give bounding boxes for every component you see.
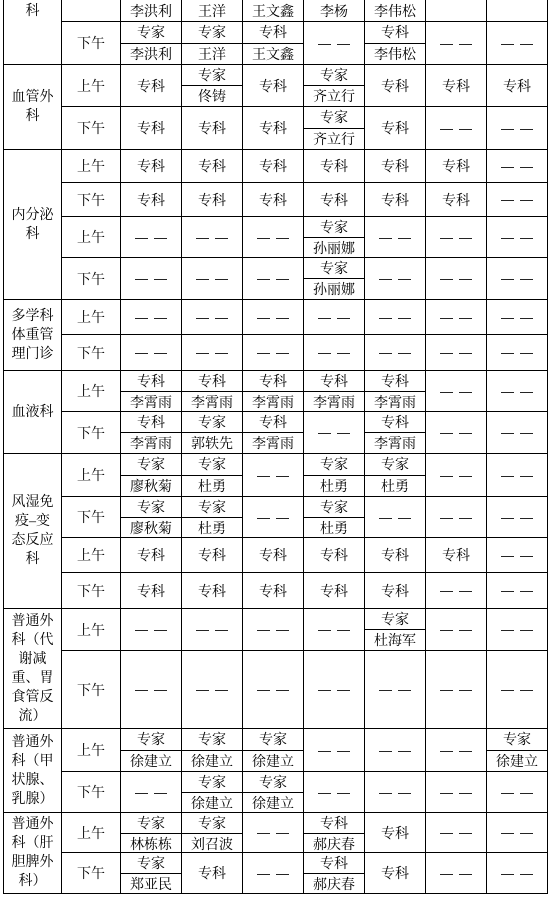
no-clinic-dash: —— [257, 310, 295, 325]
doctor-type-label: 专家 [304, 217, 364, 238]
schedule-cell: —— [426, 335, 487, 371]
no-clinic-dash: —— [501, 121, 539, 136]
schedule-cell: —— [426, 258, 487, 300]
schedule-cell: —— [487, 853, 548, 894]
schedule-row: 下午专科专科专科专科专科专科—— [62, 183, 548, 217]
time-slot-cell: 下午 [62, 183, 121, 217]
no-clinic-dash: —— [440, 622, 478, 637]
no-clinic-dash: —— [196, 345, 234, 360]
schedule-cell: 专家杜海军 [365, 609, 426, 651]
schedule-cell: 专科 [304, 538, 365, 573]
no-clinic-dash: —— [257, 682, 295, 697]
schedule-cell: 专家郭轶先 [182, 412, 243, 454]
schedule-cell: 专科 [182, 853, 243, 894]
no-clinic-dash: —— [318, 36, 356, 51]
department-rows: 上午专科专家佟铸专科专家齐立行专科专科专科下午专科专科专科专家齐立行专科———— [62, 65, 548, 150]
doctor-type-label: 专家 [121, 454, 181, 476]
doctor-name-label: 李霄雨 [121, 392, 181, 412]
doctor-type-label: 专家 [304, 107, 364, 129]
doctor-name-label: 李霄雨 [365, 392, 425, 412]
schedule-cell: 专科 [365, 853, 426, 894]
department-rows: 上午专家林栋栋专家刘召波——专科郝庆春专科————下午专家郑亚民专科——专科郝庆… [62, 813, 548, 894]
schedule-cell: —— [121, 300, 182, 335]
doctor-type-label: 专家 [365, 454, 425, 476]
schedule-cell: 专科 [365, 107, 426, 150]
doctor-name-label: 李洪利 [121, 44, 181, 65]
doctor-name-label: 李霄雨 [304, 392, 364, 412]
time-slot-cell: 下午 [62, 772, 121, 813]
schedule-cell: —— [426, 454, 487, 497]
schedule-cell: 专科 [365, 65, 426, 107]
schedule-cell: 专科 [365, 183, 426, 217]
no-clinic-dash: —— [440, 271, 478, 286]
department-name-cell: 科 [4, 0, 62, 65]
doctor-name-label: 郝庆春 [304, 874, 364, 894]
doctor-type-label: 专科 [304, 371, 364, 392]
schedule-cell: 专家杜勇 [182, 497, 243, 538]
no-clinic-dash: —— [440, 36, 478, 51]
no-clinic-dash: —— [135, 682, 173, 697]
doctor-name-label: 李霄雨 [243, 433, 303, 453]
schedule-cell: 专科李霄雨 [121, 371, 182, 412]
schedule-cell: 专科 [304, 183, 365, 217]
no-clinic-dash: —— [135, 345, 173, 360]
schedule-cell: 专科 [243, 538, 304, 573]
schedule-cell: —— [365, 217, 426, 258]
schedule-cell: —— [487, 497, 548, 538]
schedule-table: 科李洪利王洋王文鑫李杨李伟松下午专家李洪利专家王洋专科王文鑫——专科李伟松———… [3, 0, 548, 894]
schedule-cell: —— [426, 22, 487, 65]
schedule-cell: —— [487, 258, 548, 300]
schedule-cell: 专科 [426, 183, 487, 217]
no-clinic-dash: —— [196, 230, 234, 245]
no-clinic-dash: —— [440, 825, 478, 840]
schedule-cell: —— [243, 454, 304, 497]
no-clinic-dash: —— [440, 468, 478, 483]
doctor-name-label: 郑亚民 [121, 874, 181, 894]
department-name-cell: 普通外科（代谢减重、胃食管反流） [4, 609, 62, 729]
schedule-cell: —— [182, 335, 243, 371]
schedule-cell: 专科 [365, 150, 426, 183]
schedule-cell: 专科 [121, 183, 182, 217]
schedule-cell: 专科 [182, 183, 243, 217]
schedule-cell: —— [182, 651, 243, 729]
schedule-row: 李洪利王洋王文鑫李杨李伟松 [62, 0, 548, 22]
schedule-cell: 专家杜勇 [365, 454, 426, 497]
schedule-cell: 专家徐建立 [243, 729, 304, 772]
schedule-cell: 专家廖秋菊 [121, 497, 182, 538]
department-section: 普通外科（肝胆脾外科）上午专家林栋栋专家刘召波——专科郝庆春专科————下午专家… [4, 813, 548, 894]
schedule-cell: —— [426, 217, 487, 258]
no-clinic-dash: —— [501, 425, 539, 440]
schedule-cell: 专科李霄雨 [121, 412, 182, 454]
schedule-cell: 专科 [182, 107, 243, 150]
schedule-cell: —— [487, 150, 548, 183]
doctor-name-label: 李霄雨 [121, 433, 181, 453]
doctor-name-label: 李伟松 [365, 44, 425, 65]
schedule-cell: —— [304, 335, 365, 371]
doctor-type-label: 专家 [182, 772, 242, 793]
schedule-row: 下午—————————————— [62, 335, 548, 371]
department-rows: 上午专家徐建立专家徐建立专家徐建立——————专家徐建立下午——专家徐建立专家徐… [62, 729, 548, 813]
time-slot-cell: 下午 [62, 258, 121, 300]
time-slot-cell: 上午 [62, 538, 121, 573]
schedule-cell: —— [365, 772, 426, 813]
no-clinic-dash: —— [440, 345, 478, 360]
doctor-name-label: 杜勇 [365, 476, 425, 497]
schedule-cell: —— [487, 412, 548, 454]
no-clinic-dash: —— [501, 192, 539, 207]
doctor-type-label: 专科 [121, 371, 181, 392]
department-name-cell: 风湿免疫–变态反应科 [4, 454, 62, 609]
schedule-cell: 专科 [182, 573, 243, 609]
schedule-cell: 专家杜勇 [182, 454, 243, 497]
schedule-cell: —— [426, 497, 487, 538]
schedule-cell: —— [426, 371, 487, 412]
no-clinic-dash: —— [196, 310, 234, 325]
time-slot-cell: 上午 [62, 150, 121, 183]
no-clinic-dash: —— [135, 622, 173, 637]
department-name-cell: 多学科体重管理门诊 [4, 300, 62, 371]
schedule-cell: —— [243, 300, 304, 335]
no-clinic-dash: —— [318, 310, 356, 325]
schedule-cell: 专科李霄雨 [182, 371, 243, 412]
doctor-name-label: 徐建立 [182, 793, 242, 813]
schedule-cell: —— [304, 651, 365, 729]
schedule-row: 下午专科李霄雨专家郭轶先专科李霄雨——专科李霄雨———— [62, 412, 548, 454]
schedule-cell: —— [426, 300, 487, 335]
schedule-cell: 专家刘召波 [182, 813, 243, 853]
doctor-type-label: 专科 [243, 412, 303, 433]
department-rows: 上午专科李霄雨专科李霄雨专科李霄雨专科李霄雨专科李霄雨————下午专科李霄雨专家… [62, 371, 548, 454]
no-clinic-dash: —— [501, 230, 539, 245]
no-clinic-dash: —— [379, 682, 417, 697]
department-name-cell: 血管外科 [4, 65, 62, 150]
doctor-type-label: 专科 [365, 22, 425, 44]
schedule-cell: —— [487, 183, 548, 217]
schedule-cell: 专科郝庆春 [304, 813, 365, 853]
schedule-row: 上午专科专家佟铸专科专家齐立行专科专科专科 [62, 65, 548, 107]
schedule-cell: —— [243, 853, 304, 894]
doctor-type-label: 专家 [243, 772, 303, 793]
doctor-name-label: 廖秋菊 [121, 476, 181, 497]
schedule-cell: 专家王洋 [182, 22, 243, 65]
no-clinic-dash: —— [501, 682, 539, 697]
schedule-cell: —— [487, 371, 548, 412]
schedule-cell: —— [487, 772, 548, 813]
no-clinic-dash: —— [379, 785, 417, 800]
schedule-cell: 专家李洪利 [121, 22, 182, 65]
time-slot-cell: 上午 [62, 300, 121, 335]
schedule-cell: 专科王文鑫 [243, 22, 304, 65]
schedule-row: 上午专科李霄雨专科李霄雨专科李霄雨专科李霄雨专科李霄雨———— [62, 371, 548, 412]
no-clinic-dash: —— [318, 785, 356, 800]
doctor-type-label: 专科 [243, 371, 303, 392]
no-clinic-dash: —— [440, 230, 478, 245]
schedule-cell: —— [182, 258, 243, 300]
time-slot-cell: 上午 [62, 729, 121, 772]
no-clinic-dash: —— [501, 310, 539, 325]
schedule-cell: 专家徐建立 [121, 729, 182, 772]
schedule-cell: 专家孙丽娜 [304, 217, 365, 258]
no-clinic-dash: —— [440, 510, 478, 525]
schedule-cell: —— [243, 651, 304, 729]
schedule-cell: —— [243, 497, 304, 538]
schedule-cell: 专科 [121, 573, 182, 609]
doctor-type-label: 专家 [182, 412, 242, 433]
schedule-cell: —— [426, 609, 487, 651]
doctor-name-label: 徐建立 [243, 751, 303, 772]
no-clinic-dash: —— [501, 785, 539, 800]
no-clinic-dash: —— [501, 622, 539, 637]
doctor-type-label: 专科 [121, 412, 181, 433]
doctor-type-label: 专家 [304, 258, 364, 279]
no-clinic-dash: —— [501, 510, 539, 525]
schedule-cell: —— [487, 813, 548, 853]
schedule-cell: 专家廖秋菊 [121, 454, 182, 497]
department-rows: 上午————————专家杜海军————下午—————————————— [62, 609, 548, 729]
schedule-row: 下午——专家徐建立专家徐建立———————— [62, 772, 548, 813]
schedule-row: 下午——————专家孙丽娜—————— [62, 258, 548, 300]
schedule-cell: —— [182, 300, 243, 335]
schedule-cell: 专家杜勇 [304, 454, 365, 497]
doctor-name-label: 徐建立 [182, 751, 242, 772]
schedule-cell: 专科 [243, 573, 304, 609]
no-clinic-dash: —— [257, 468, 295, 483]
doctor-type-label: 专家 [121, 813, 181, 834]
doctor-name-label: 李霄雨 [365, 433, 425, 453]
doctor-type-label: 专家 [365, 609, 425, 630]
no-clinic-dash: —— [196, 622, 234, 637]
schedule-cell: 专家徐建立 [182, 729, 243, 772]
doctor-name-label: 王洋 [182, 44, 242, 65]
schedule-cell: 专科 [365, 813, 426, 853]
schedule-cell: —— [121, 772, 182, 813]
schedule-cell: —— [487, 300, 548, 335]
schedule-cell: —— [365, 335, 426, 371]
no-clinic-dash: —— [440, 866, 478, 881]
doctor-name-label: 郭轶先 [182, 433, 242, 453]
department-rows: 上午专家廖秋菊专家杜勇——专家杜勇专家杜勇————下午专家廖秋菊专家杜勇——专家… [62, 454, 548, 609]
doctor-type-label: 专家 [121, 853, 181, 874]
schedule-cell: —— [304, 22, 365, 65]
schedule-cell: 专家孙丽娜 [304, 258, 365, 300]
schedule-row: 下午专科专科专科专科专科———— [62, 573, 548, 609]
schedule-cell: 专家林栋栋 [121, 813, 182, 853]
time-slot-cell: 下午 [62, 22, 121, 65]
schedule-cell: 专科 [487, 65, 548, 107]
no-clinic-dash: —— [501, 159, 539, 174]
doctor-type-label: 专家 [304, 497, 364, 518]
schedule-cell: 李杨 [304, 0, 365, 22]
no-clinic-dash: —— [318, 425, 356, 440]
schedule-cell: 专家徐建立 [487, 729, 548, 772]
time-slot-cell: 下午 [62, 573, 121, 609]
schedule-cell: —— [121, 651, 182, 729]
schedule-cell: —— [304, 729, 365, 772]
schedule-cell: 专科 [426, 538, 487, 573]
doctor-name-label: 齐立行 [304, 86, 364, 106]
schedule-cell: 王洋 [182, 0, 243, 22]
schedule-cell: —— [487, 107, 548, 150]
doctor-type-label: 专家 [182, 729, 242, 751]
schedule-cell: 专科 [243, 65, 304, 107]
schedule-row: 上午—————————————— [62, 300, 548, 335]
schedule-cell: 专科郝庆春 [304, 853, 365, 894]
schedule-row: 上午专科专科专科专科专科专科—— [62, 538, 548, 573]
department-section: 多学科体重管理门诊上午——————————————下午—————————————… [4, 300, 548, 371]
doctor-type-label: 专家 [121, 729, 181, 751]
schedule-cell: —— [365, 729, 426, 772]
schedule-cell: —— [304, 412, 365, 454]
doctor-name-label: 徐建立 [487, 751, 547, 772]
no-clinic-dash: —— [440, 310, 478, 325]
doctor-type-label: 专家 [182, 454, 242, 476]
doctor-name-label: 杜勇 [182, 476, 242, 497]
doctor-type-label: 专家 [487, 729, 547, 751]
schedule-cell: —— [243, 217, 304, 258]
doctor-name-label: 杜勇 [304, 518, 364, 538]
no-clinic-dash: —— [257, 866, 295, 881]
schedule-cell: 专科 [121, 107, 182, 150]
schedule-cell: 专家杜勇 [304, 497, 365, 538]
time-slot-cell: 下午 [62, 335, 121, 371]
no-clinic-dash: —— [440, 384, 478, 399]
doctor-type-label: 专家 [182, 22, 242, 44]
department-section: 普通外科（代谢减重、胃食管反流）上午————————专家杜海军————下午———… [4, 609, 548, 729]
doctor-type-label: 专家 [121, 497, 181, 518]
outpatient-schedule-page: 科李洪利王洋王文鑫李杨李伟松下午专家李洪利专家王洋专科王文鑫——专科李伟松———… [0, 0, 551, 900]
schedule-cell: 李伟松 [365, 0, 426, 22]
schedule-cell: —— [487, 651, 548, 729]
department-rows: 上午——————————————下午—————————————— [62, 300, 548, 371]
no-clinic-dash: —— [135, 230, 173, 245]
doctor-type-label: 专科 [365, 412, 425, 433]
no-clinic-dash: —— [379, 510, 417, 525]
doctor-name-label: 杜海军 [365, 630, 425, 650]
doctor-name-label: 齐立行 [304, 129, 364, 150]
no-clinic-dash: —— [257, 622, 295, 637]
schedule-cell: —— [487, 217, 548, 258]
department-section: 普通外科（甲状腺、乳腺）上午专家徐建立专家徐建立专家徐建立——————专家徐建立… [4, 729, 548, 813]
schedule-cell: —— [365, 300, 426, 335]
doctor-name-label: 廖秋菊 [121, 518, 181, 538]
department-name-cell: 内分泌科 [4, 150, 62, 300]
schedule-cell: —— [487, 538, 548, 573]
schedule-cell: 专科 [121, 150, 182, 183]
no-clinic-dash: —— [501, 548, 539, 563]
schedule-cell: —— [487, 573, 548, 609]
doctor-name-label: 杜勇 [182, 518, 242, 538]
schedule-cell: —— [365, 651, 426, 729]
no-clinic-dash: —— [501, 825, 539, 840]
no-clinic-dash: —— [440, 785, 478, 800]
schedule-cell: —— [243, 258, 304, 300]
no-clinic-dash: —— [501, 345, 539, 360]
schedule-cell: —— [182, 609, 243, 651]
schedule-row: 上午专科专科专科专科专科专科—— [62, 150, 548, 183]
schedule-row: 上午专家廖秋菊专家杜勇——专家杜勇专家杜勇———— [62, 454, 548, 497]
department-name-cell: 血液科 [4, 371, 62, 454]
schedule-row: 下午—————————————— [62, 651, 548, 729]
schedule-cell: —— [365, 258, 426, 300]
department-section: 科李洪利王洋王文鑫李杨李伟松下午专家李洪利专家王洋专科王文鑫——专科李伟松———… [4, 0, 548, 65]
schedule-cell: —— [426, 651, 487, 729]
department-section: 血管外科上午专科专家佟铸专科专家齐立行专科专科专科下午专科专科专科专家齐立行专科… [4, 65, 548, 150]
doctor-type-label: 专家 [121, 22, 181, 44]
doctor-name-label: 郝庆春 [304, 834, 364, 853]
schedule-cell: 专科 [365, 538, 426, 573]
schedule-cell: —— [121, 258, 182, 300]
doctor-type-label: 专家 [304, 454, 364, 476]
no-clinic-dash: —— [501, 384, 539, 399]
schedule-cell: —— [304, 609, 365, 651]
schedule-cell: —— [304, 300, 365, 335]
time-slot-cell: 上午 [62, 371, 121, 412]
doctor-name-label: 刘召波 [182, 834, 242, 853]
schedule-cell: 专家佟铸 [182, 65, 243, 107]
schedule-cell: 专科李霄雨 [304, 371, 365, 412]
schedule-row: 下午专家廖秋菊专家杜勇——专家杜勇—————— [62, 497, 548, 538]
time-slot-cell: 上午 [62, 217, 121, 258]
schedule-cell: 专家徐建立 [182, 772, 243, 813]
schedule-cell: —— [426, 853, 487, 894]
no-clinic-dash: —— [501, 36, 539, 51]
schedule-cell [487, 0, 548, 22]
schedule-cell: 专科李霄雨 [243, 412, 304, 454]
schedule-cell: —— [243, 813, 304, 853]
no-clinic-dash: —— [379, 345, 417, 360]
no-clinic-dash: —— [257, 345, 295, 360]
schedule-cell: 专家徐建立 [243, 772, 304, 813]
no-clinic-dash: —— [379, 743, 417, 758]
schedule-cell: —— [426, 813, 487, 853]
no-clinic-dash: —— [501, 468, 539, 483]
schedule-cell: —— [487, 609, 548, 651]
schedule-cell: 专科李霄雨 [365, 412, 426, 454]
schedule-cell: —— [426, 729, 487, 772]
no-clinic-dash: —— [501, 583, 539, 598]
no-clinic-dash: —— [501, 271, 539, 286]
no-clinic-dash: —— [318, 682, 356, 697]
no-clinic-dash: —— [379, 230, 417, 245]
time-slot-cell: 上午 [62, 813, 121, 853]
doctor-name-label: 孙丽娜 [304, 279, 364, 299]
department-rows: 上午专科专科专科专科专科专科——下午专科专科专科专科专科专科——上午——————… [62, 150, 548, 300]
doctor-name-label: 孙丽娜 [304, 238, 364, 258]
time-slot-cell: 上午 [62, 454, 121, 497]
doctor-name-label: 杜勇 [304, 476, 364, 497]
schedule-row: 上午专家徐建立专家徐建立专家徐建立——————专家徐建立 [62, 729, 548, 772]
no-clinic-dash: —— [440, 425, 478, 440]
schedule-cell: 专科 [304, 150, 365, 183]
no-clinic-dash: —— [379, 310, 417, 325]
doctor-type-label: 专科 [304, 813, 364, 834]
department-name-cell: 普通外科（甲状腺、乳腺） [4, 729, 62, 813]
doctor-name-label: 李霄雨 [243, 392, 303, 412]
time-slot-cell: 下午 [62, 107, 121, 150]
department-section: 风湿免疫–变态反应科上午专家廖秋菊专家杜勇——专家杜勇专家杜勇————下午专家廖… [4, 454, 548, 609]
schedule-cell: 专科 [365, 573, 426, 609]
time-slot-cell: 下午 [62, 497, 121, 538]
schedule-cell: —— [121, 609, 182, 651]
time-slot-cell: 上午 [62, 609, 121, 651]
doctor-name-label: 徐建立 [243, 793, 303, 813]
schedule-row: 上午————————专家杜海军———— [62, 609, 548, 651]
schedule-cell: 专家郑亚民 [121, 853, 182, 894]
schedule-cell: 专科李霄雨 [365, 371, 426, 412]
doctor-type-label: 专科 [182, 371, 242, 392]
